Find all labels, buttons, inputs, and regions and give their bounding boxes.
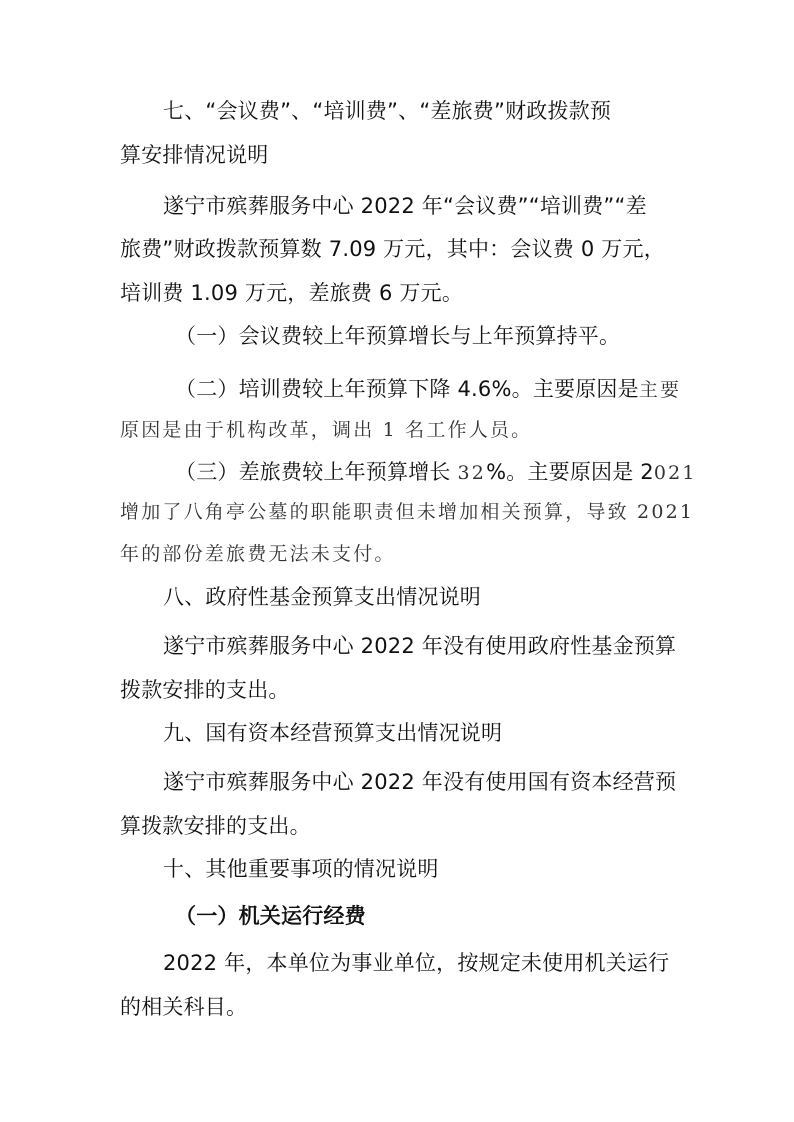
section7-para-line1: 遂宁市殡葬服务中心 2022 年“会议费”“培训费”“差 <box>163 192 723 220</box>
section10-para-line1: 2022 年，本单位为事业单位，按规定未使用机关运行 <box>163 949 723 977</box>
section7-para-line3: 培训费 1.09 万元，差旅费 6 万元。 <box>120 279 680 307</box>
section10-para-line2: 的相关科目。 <box>120 993 680 1021</box>
section7-para-line2: 旅费”财政拨款预算数 7.09 万元，其中：会议费 0 万元， <box>120 235 680 263</box>
section7-item2-line1: （二）培训费较上年预算下降 4.6%。主要原因是主要 <box>175 375 735 404</box>
section10-sub1-heading: （一）机关运行经费 <box>175 902 735 930</box>
item3-rest-text: %。主要原因是 2 <box>486 460 654 484</box>
section7-heading-line2: 算安排情况说明 <box>120 141 680 169</box>
section7-item3-line2: 增加了八角亭公墓的职能职责但未增加相关预算，导致 2021 <box>120 498 680 526</box>
section8-para-line2: 拨款安排的支出。 <box>120 676 680 704</box>
item3-main-text: （三）差旅费较上年预算增长 <box>175 460 457 484</box>
section9-para-line1: 遂宁市殡葬服务中心 2022 年没有使用国有资本经营预 <box>163 768 723 796</box>
section9-para-line2: 算拨款安排的支出。 <box>120 812 680 840</box>
document-page: 七、“会议费”、“培训费”、“差旅费”财政拨款预 算安排情况说明 遂宁市殡葬服务… <box>0 0 794 1122</box>
item3-tail-text: 021 <box>654 462 697 484</box>
section7-item1: （一）会议费较上年预算增长与上年预算持平。 <box>175 322 735 350</box>
item2-main-text: （二）培训费较上年预算下降 4.6%。主要原因是 <box>175 377 639 401</box>
item3-percent: 32 <box>457 462 486 484</box>
section8-para-line1: 遂宁市殡葬服务中心 2022 年没有使用政府性基金预算 <box>163 632 723 660</box>
section10-heading: 十、其他重要事项的情况说明 <box>163 855 723 883</box>
item2-tail-text: 主要 <box>639 379 681 401</box>
section7-item3-line1: （三）差旅费较上年预算增长 32%。主要原因是 2021 <box>175 458 735 487</box>
section7-heading-line1: 七、“会议费”、“培训费”、“差旅费”财政拨款预 <box>163 97 723 125</box>
section8-heading: 八、政府性基金预算支出情况说明 <box>163 583 723 611</box>
section9-heading: 九、国有资本经营预算支出情况说明 <box>163 719 723 747</box>
section7-item3-line3: 年的部份差旅费无法未支付。 <box>120 540 680 568</box>
section7-item2-line2: 原因是由于机构改革，调出 1 名工作人员。 <box>120 416 680 444</box>
